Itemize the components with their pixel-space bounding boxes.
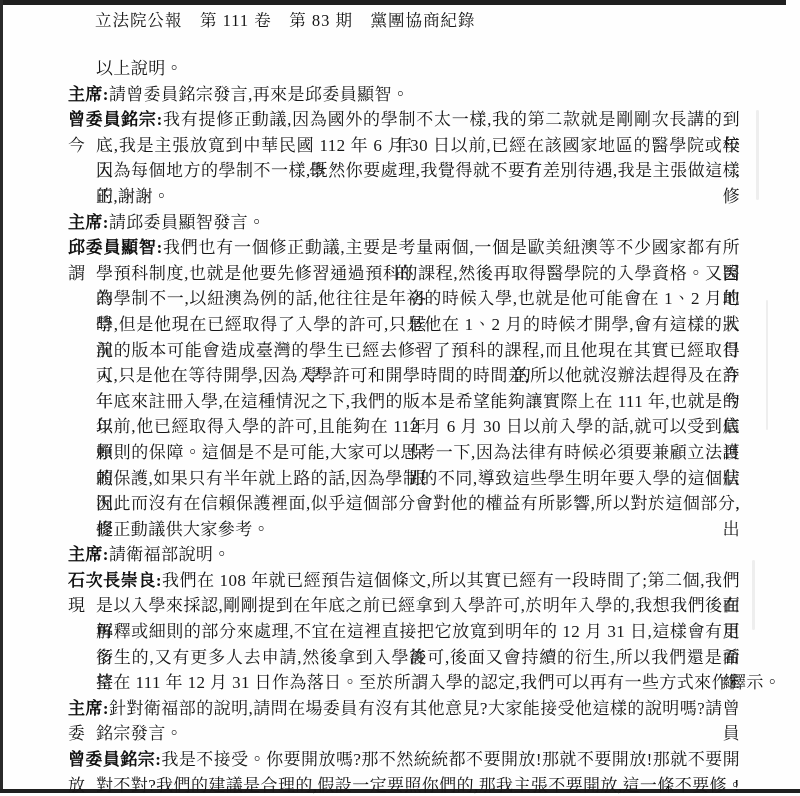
transcript-line: 曾委員銘宗:我有提修正動議,因為國外的學制不太一樣,我的第二款就是剛剛次長講的到…: [68, 107, 740, 133]
transcript-line: 曾委員銘宗:我是不接受。你要開放嗎?那不然統統都不要開放!那就不要開放!那就不要…: [68, 747, 740, 773]
speech-paragraph: 主席:請衛福部說明。: [68, 542, 740, 568]
speaker-name: 曾委員銘宗:: [68, 110, 163, 129]
speech-paragraph: 曾委員銘宗:我是不接受。你要開放嗎?那不然統統都不要開放!那就不要開放!那就不要…: [68, 747, 740, 796]
transcript-line: 持在 111 年 12 月 31 日作為落日。至於所謂入學的認定,我們可以再有一…: [68, 670, 740, 696]
transcript-line: 衍生的,又有更多人去申請,然後拿到入學許可,後面又會持續的衍生,所以我們還是希望…: [68, 645, 740, 671]
transcript-line: 學,但是他現在已經取得了入學的許可,只是他在 1、2 月的時候才開學,會有這樣的…: [68, 312, 740, 338]
speech-text: 請衛福部說明。: [109, 545, 231, 564]
page-edge-left: [0, 0, 3, 791]
transcript-line: 石次長崇良:我們在 108 年就已經預告這個條文,所以其實已經有一段時間了;第二…: [68, 568, 740, 594]
transcript-line: 學預科制度,也就是他要先修習通過預科的課程,然後再取得醫學院的入學資格。又因為各…: [68, 261, 740, 287]
transcript-line: 原則的保障。這個是不是可能,大家可以思考一下,因為法律有時候必須要兼顧立法目的跟…: [68, 440, 740, 466]
gazette-header: 立法院公報 第 111 卷 第 83 期 黨團協商紀錄: [95, 7, 476, 31]
speaker-name: 曾委員銘宗:: [68, 750, 161, 769]
transcript-line: 前的版本可能會造成臺灣的學生已經去修習了預科的課程,而且他現在其實已經取得入學的…: [68, 338, 740, 364]
transcript-line: 可,只是他在等待開學,因為入學許可和開學時間的時間差,所以他就沒辦法趕得及在今年…: [68, 363, 740, 389]
transcript-line: 主席:針對衛福部的說明,請問在場委員有沒有其他意見?大家能接受他這樣的說明嗎?請…: [68, 696, 740, 722]
transcript-line: 主席:請衛福部說明。: [68, 542, 740, 568]
speech-paragraph: 主席:針對衛福部的說明,請問在場委員有沒有其他意見?大家能接受他這樣的說明嗎?請…: [68, 696, 740, 747]
scan-artifact: [766, 300, 768, 430]
transcript-line: 以前,他已經取得入學的許可,且能夠在 112 月 6 月 30 日以前入學的話,…: [68, 414, 740, 440]
scan-artifact: [752, 560, 755, 630]
transcript-line: 年底來註冊入學,在這種情況之下,我們的版本是希望能夠讓實際上在 111 年,也就…: [68, 389, 740, 415]
speech-paragraph: 曾委員銘宗:我有提修正動議,因為國外的學制不太一樣,我的第二款就是剛剛次長講的到…: [68, 107, 740, 209]
scan-artifact: [756, 110, 759, 200]
speaker-name: 主席:: [68, 213, 109, 232]
speaker-name: 石次長崇良:: [68, 571, 162, 590]
gazette-page: 立法院公報 第 111 卷 第 83 期 黨團協商紀錄 以上說明。主席:請曾委員…: [0, 0, 800, 796]
speaker-name: 主席:: [68, 699, 109, 718]
transcript-line: 因此而沒有在信賴保護裡面,似乎這個部分會對他的權益有所影響,所以對於這個部分,提…: [68, 491, 740, 517]
transcript-line: 主席:請曾委員銘宗發言,再來是邱委員顯智。: [68, 82, 740, 108]
transcript-line: 底,我是主張放寬到中華民國 112 年 6 月 30 日以前,已經在該國家地區的…: [68, 133, 740, 159]
speaker-name: 邱委員顯智:: [68, 238, 163, 257]
speaker-name: 主席:: [68, 85, 109, 104]
speech-paragraph: 主席:請邱委員顯智發言。: [68, 210, 740, 236]
transcript-body: 以上說明。主席:請曾委員銘宗發言,再來是邱委員顯智。曾委員銘宗:我有提修正動議,…: [68, 56, 740, 796]
speech-paragraph: 邱委員顯智:我們也有一個修正動議,主要是考量兩個,一個是歐美紐澳等不少國家都有所…: [68, 235, 740, 542]
transcript-line: 賴保護,如果只有半年就上路的話,因為學制的不同,導致這些學生明年要入學的這個狀況…: [68, 466, 740, 492]
speech-paragraph: 以上說明。: [68, 56, 740, 82]
transcript-line: 是以入學來採認,剛剛提到在年底之前已經拿到入學許可,於明年入學的,我想我們後面再…: [68, 593, 740, 619]
transcript-line: 主席:請邱委員顯智發言。: [68, 210, 740, 236]
transcript-line: 因為每個地方的學制不一樣,既然你要處理,我覺得就不要有差別待遇,我是主張做這樣的…: [68, 158, 740, 184]
transcript-line: 解釋或細則的部分來處理,不宜在這裡直接把它放寬到明年的 12 月 31 日,這樣…: [68, 619, 740, 645]
speech-text: 請曾委員銘宗發言,再來是邱委員顯智。: [109, 85, 409, 104]
transcript-line: 邱委員顯智:我們也有一個修正動議,主要是考量兩個,一個是歐美紐澳等不少國家都有所…: [68, 235, 740, 261]
speech-paragraph: 主席:請曾委員銘宗發言,再來是邱委員顯智。: [68, 82, 740, 108]
transcript-line: 對不對?我們的建議是合理的,假設一定要照你們的,那我主張不要開放,這一條不要修。: [68, 773, 740, 796]
speaker-name: 主席:: [68, 545, 109, 564]
transcript-line: 的學制不一,以紐澳為例的話,他往往是年初的時候入學,也就是他可能會在 1、2 月…: [68, 286, 740, 312]
transcript-line: 以上說明。: [68, 56, 740, 82]
speech-text: 請邱委員顯智發言。: [109, 213, 266, 232]
speech-paragraph: 石次長崇良:我們在 108 年就已經預告這個條文,所以其實已經有一段時間了;第二…: [68, 568, 740, 696]
page-edge-top: [0, 0, 786, 5]
